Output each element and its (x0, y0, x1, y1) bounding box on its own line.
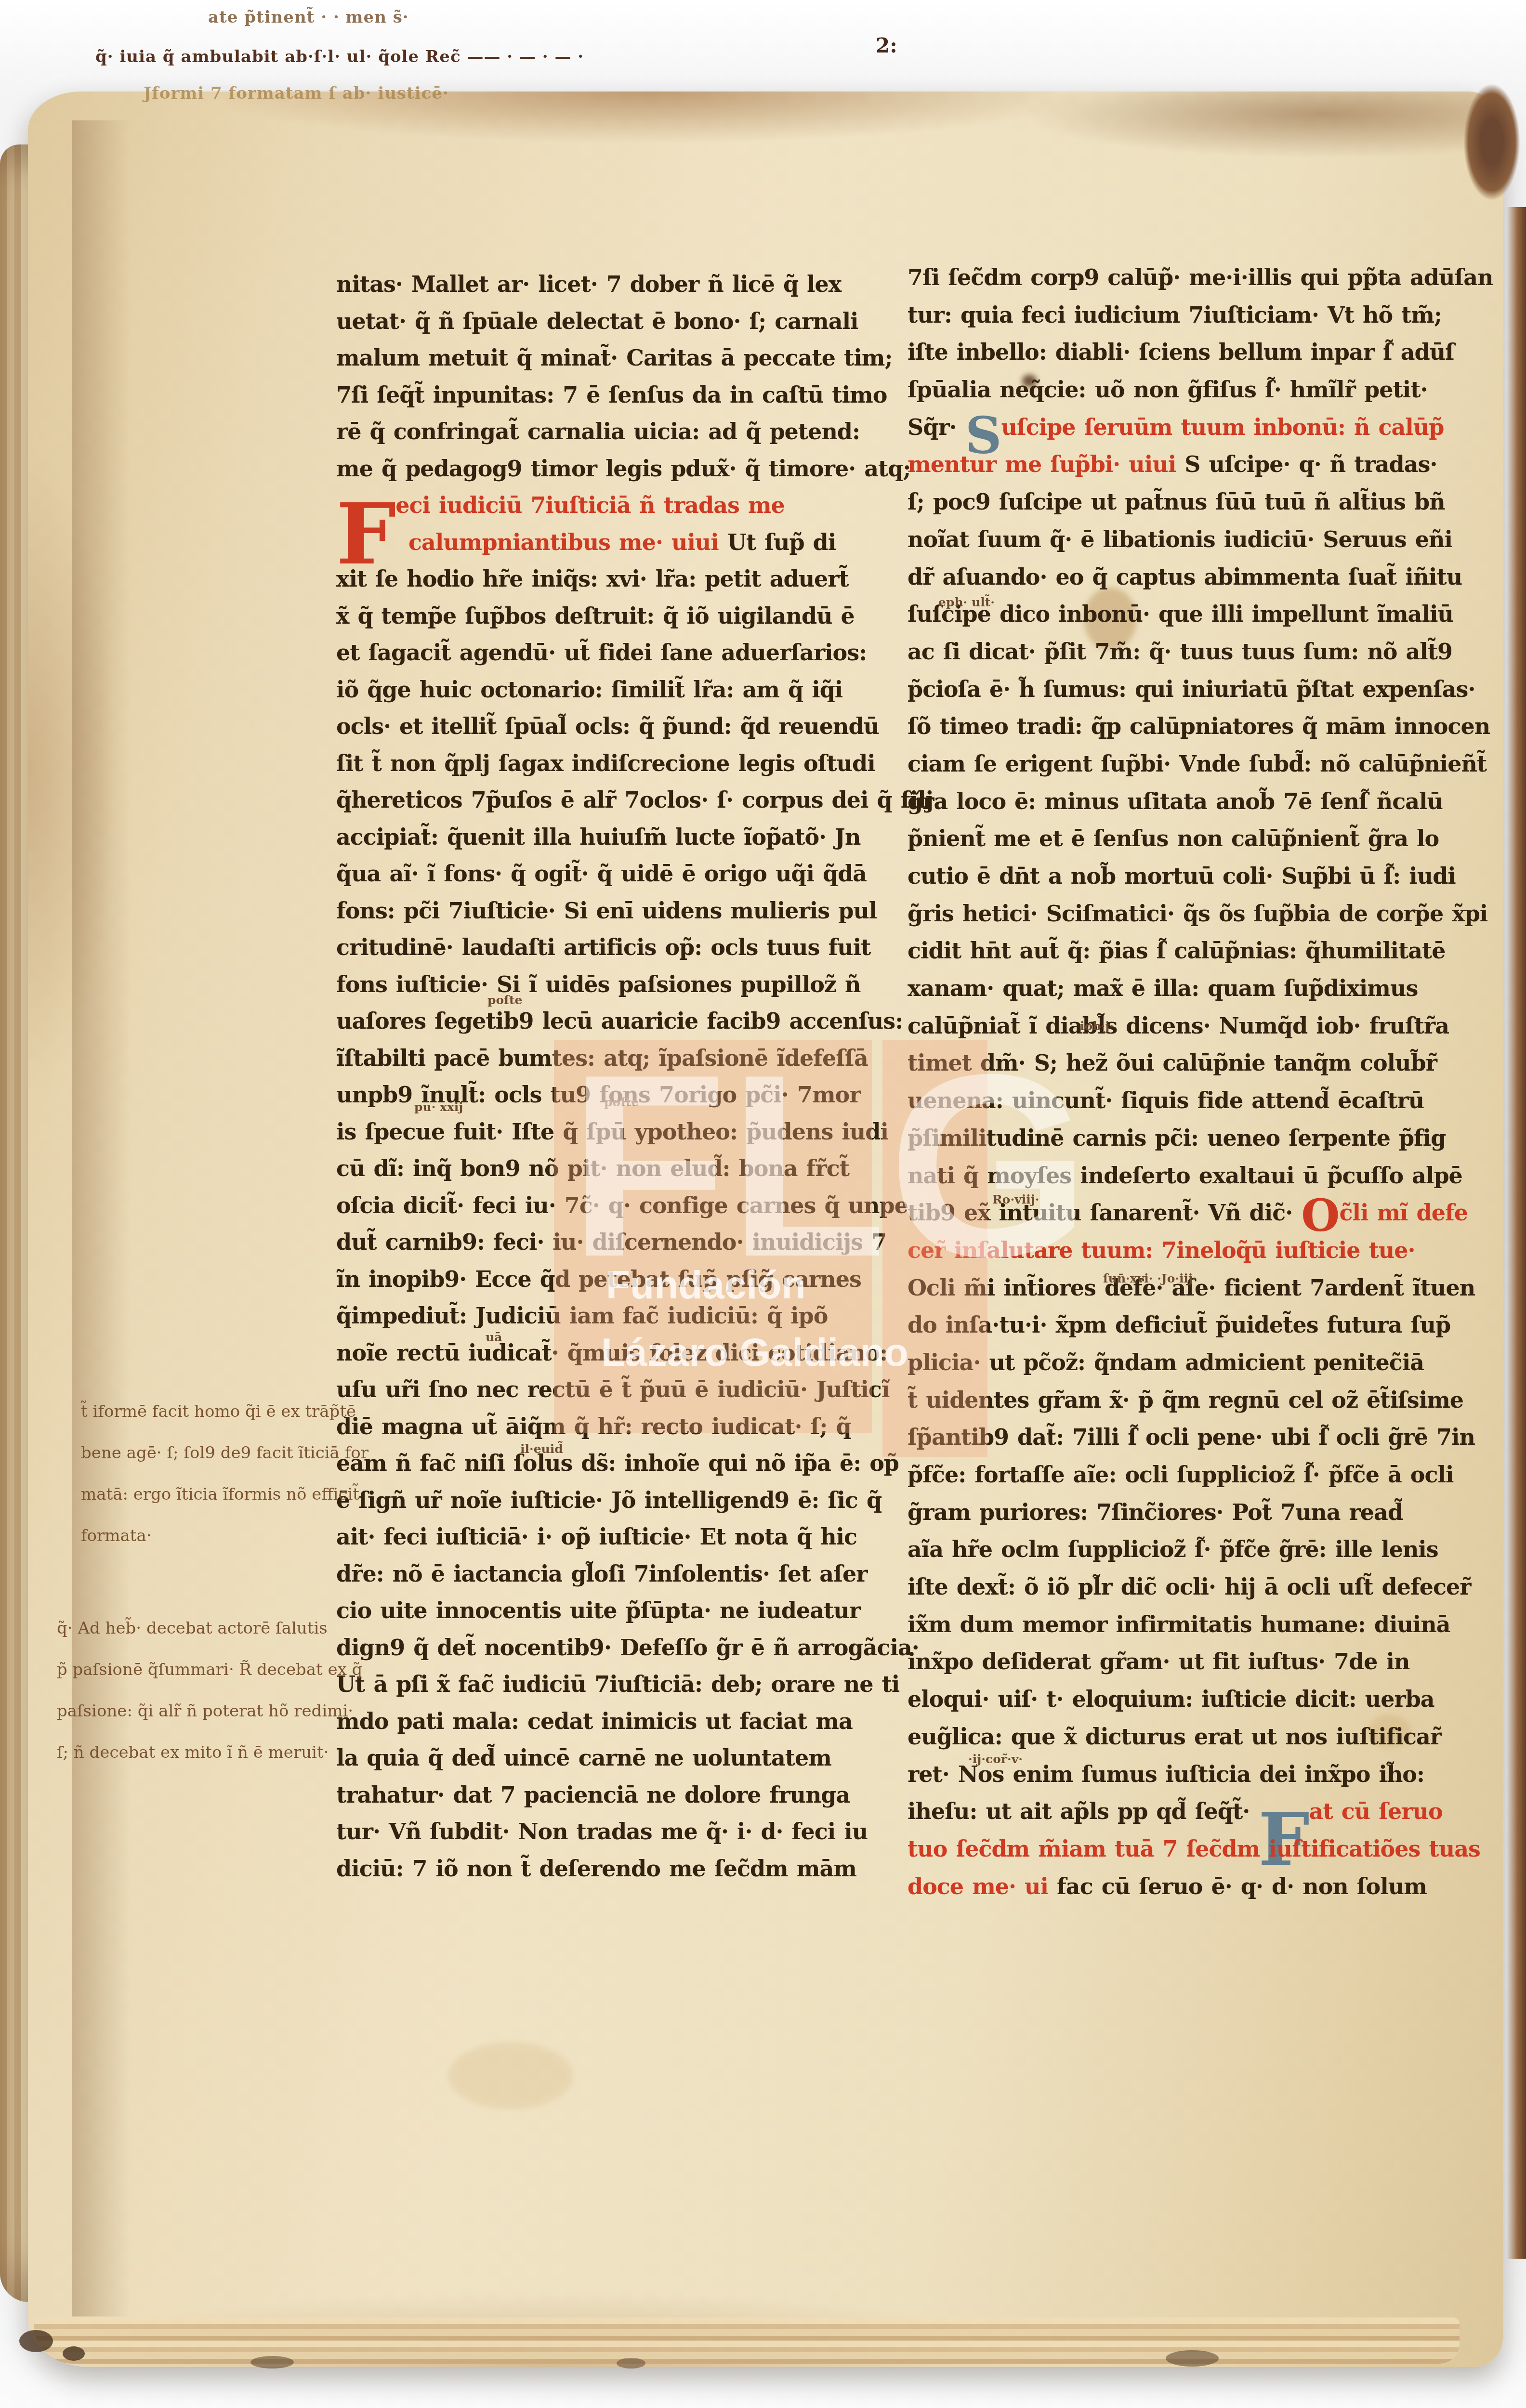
manuscript-line: ocls· et itellit̃ ſpūal̃ ocls: q̃ p̃und:… (336, 708, 868, 745)
manuscript-line: 7ſi ſeq̃t̃ inpunitas: 7 ē ſenſus da in c… (336, 377, 868, 414)
text-segment: uſcipe ſeruūm tuum inbonū: ñ calūp̃ (1001, 414, 1444, 440)
text-segment: me q̃ pedagog9 timor legis pdux̃· q̃ tim… (336, 456, 910, 482)
text-segment: eloqui· uiſ· t· eloquium: iuſticie dicit… (908, 1686, 1434, 1712)
interlinear-note: poſte (604, 1095, 639, 1109)
manuscript-line: eloqui· uiſ· t· eloquium: iuſticie dicit… (908, 1681, 1443, 1718)
manuscript-line: rē q̃ confringat̃ carnalia uicia: ad q̃ … (336, 413, 868, 450)
text-segment: noĩe rectū iudicat̃· q̃muis ſolez dici c… (336, 1340, 887, 1366)
text-segment: rē q̃ confringat̃ carnalia uicia: ad q̃ … (336, 419, 860, 445)
manuscript-line: ē ſigñ ur̃ noĩe iuſticie· Jõ intelligend… (336, 1482, 868, 1519)
manuscript-line: aĩa hr̃e oclm ſupplicioz̃ ſ̃· p̃fc̃e g̃r… (908, 1531, 1443, 1569)
text-segment: trahatur· dat 7 pacienciā ne dolore frun… (336, 1782, 850, 1808)
text-segment: x̃ q̃ temp̃e ſup̃bos deſtruit: q̃ iõ uig… (336, 603, 855, 629)
manuscript-line: p̃nient̃ me et ē ſenſus non calūp̃nient̃… (908, 820, 1443, 858)
manuscript-line: ſp̃antib9 dat̃: 7illi ſ̃ ocli pene· ubi … (908, 1419, 1443, 1456)
text-segment: nitas· Mallet ar· licet· 7 dober ñ licē … (336, 271, 841, 297)
manuscript-line: ciam ſe erigent ſup̃bi· Vnde ſubd̃: nõ c… (908, 746, 1443, 783)
manuscript-line: uſu ur̃i ſno nec rectū ē t̃ p̃uū ē iudic… (336, 1371, 868, 1408)
text-segment: uenena: uincunt̃· ſiquis fide attend̃ ēc… (908, 1087, 1424, 1113)
top-annotation: q̃· iuia q̃ ambulabit ab·ſ·l· ul· q̃ole … (95, 47, 584, 66)
interlinear-note: Ro·viij· (992, 1192, 1039, 1206)
text-segment: p̃cioſa ē· h̃ ſumus: qui iniuriatū p̃ſta… (908, 676, 1475, 702)
text-segment: t̃ uidentes gr̃am x̃· p̃ q̃m regnū cel o… (908, 1387, 1463, 1413)
manuscript-line: tib9 ex̃ intuitu ſanarent̃· Vñ dic̃· Oc̃… (908, 1194, 1443, 1232)
manuscript-line: calūp̃niat̃ ĩ diabl̃s dicens· Numq̃d iob… (908, 1008, 1443, 1045)
manuscript-line: ſ; poc9 ſuſcipe ut pat̃nus ſūū tuū ñ alt… (908, 484, 1443, 521)
top-annotation: Jformi 7 formatam ſ ab· iusticē· (144, 84, 449, 103)
edge-speck (63, 2346, 85, 2361)
manuscript-line: la quia q̃ ded̃ uincē carnē ne uoluntate… (336, 1740, 868, 1777)
manuscript-line: cū dĩ: inq̃ bon9 nõ pit· non elud̃: bona… (336, 1150, 868, 1187)
manuscript-line: noĩat ſuum q̃· ē libationis iudiciū· Ser… (908, 521, 1443, 559)
text-segment: 7ſi ſec̃dm corp9 calūp̃· me·i·illis qui … (908, 264, 1493, 290)
manuscript-line: cidit hn̄t aut̃ q̃: p̃ias ſ̃ calūp̃nias:… (908, 932, 1443, 970)
manuscript-line: q̃ua aĩ· ĩ fons· q̃ ogit̃· q̃ uidē ē ori… (336, 855, 868, 892)
text-segment: cidit hn̄t aut̃ q̃: p̃ias ſ̃ calūp̃nias:… (908, 938, 1446, 964)
text-segment: xit ſe hodio hr̃e iniq̃s: xvi· lr̃a: pet… (336, 566, 849, 592)
margin-note-line: matā: ergo ĩticia ĩformis nõ efficit̃ (81, 1474, 368, 1515)
text-segment: calūp̃niat̃ ĩ diabl̃s dicens· Numq̃d iob… (908, 1013, 1449, 1039)
text-segment: diē magna ut̃ āiq̃m q̃ hr̃: recto iudica… (336, 1413, 851, 1440)
manuscript-line: dr̃e: nõ ē iactancia gl̃oſi 7inſolentis·… (336, 1556, 868, 1593)
text-segment: cutio ē dn̄t a nob̃ mortuū coli· Sup̃bi … (908, 863, 1456, 889)
manuscript-line: cer̃ inſalutare tuum: 7ineloq̃ū iuſticie… (908, 1232, 1443, 1269)
text-segment: plicia· ut pc̃oz̃: q̃ndam admicient peni… (908, 1349, 1424, 1375)
manuscript-line: fons iuſticie· Si ĩ uidēs paſsiones pupi… (336, 966, 868, 1003)
page-stack-bottom-edges (34, 2317, 1460, 2364)
manuscript-line: eug̃lica: que x̃ dicturus erat ut nos iu… (908, 1718, 1443, 1756)
manuscript-line: cio uite innocentis uite p̃ſūpta· ne iud… (336, 1592, 868, 1629)
manuscript-line: iheſu: ut ait ap̃ls pp qd̃ ſeq̃t̃· Fat c… (908, 1793, 1443, 1831)
manuscript-line: Ut ā pſi x̃ fac̃ iudiciū 7iuſticiā: deb;… (336, 1666, 868, 1703)
manuscript-line: p̃ſimilitudinē carnis pc̃i: ueneo ſerpen… (908, 1120, 1443, 1157)
text-segment: timet dm̃· S; hez̃ õui calūp̃nie tanq̃m … (908, 1050, 1437, 1076)
text-segment: ē ſigñ ur̃ noĩe iuſticie· Jõ intelligend… (336, 1487, 881, 1513)
edge-speck (617, 2358, 645, 2369)
manuscript-line: q̃hereticos 7p̃uſos ē alr̃ 7oclos· ſ· co… (336, 782, 868, 819)
margin-note-line: bene agē· ſ; ſol9 de9 facit ĩticiā for (81, 1432, 368, 1474)
interlinear-note: uā (486, 1330, 502, 1344)
text-segment: ac ſi dicat· p̃ſit 7m̃: q̃· tuus tuus ſu… (908, 639, 1452, 665)
manuscript-line: 7ſi ſec̃dm corp9 calūp̃· me·i·illis qui … (908, 259, 1443, 297)
text-segment: tur: quia feci iudicium 7iuſticiam· Vt h… (908, 302, 1442, 328)
text-segment: uſu ur̃i ſno nec rectū ē t̃ p̃uū ē iudic… (336, 1376, 889, 1402)
margin-note-line: formata· (81, 1515, 368, 1557)
text-segment: do inſa·tu·i· x̃pm deficiut̃ p̃uidet̃es … (908, 1312, 1450, 1338)
margin-note-line: t̃ iformē facit homo q̃i ē ex trāp̃tē (81, 1391, 368, 1432)
edge-speck (250, 2356, 294, 2369)
text-segment: uetat· q̃ ñ ſpūale delectat ē bono· ſ; c… (336, 308, 858, 334)
manuscript-line: ſit t̃ non q̃plj ſagax indiſcrecione leg… (336, 745, 868, 782)
binding-corner-shadow (1456, 67, 1526, 217)
manuscript-line: dut̃ carnib9: feci· iu· diſcernendo· inu… (336, 1224, 868, 1261)
interlinear-note: il·euid̃ (520, 1442, 563, 1456)
text-segment: g̃ris hetici· Sciſmatici· q̃s õs ſup̃bia… (908, 901, 1487, 927)
text-segment: mentur me ſup̃bi· uiui (908, 451, 1184, 477)
manuscript-line: Feci iudiciū 7iuſticiā ñ tradas me (336, 487, 868, 524)
text-segment: fons iuſticie· Si ĩ uidēs paſsiones pupi… (336, 971, 860, 997)
margin-note: q̃· Ad heb̃· decebat actorē ſalutisp̃ pa… (57, 1608, 362, 1773)
manuscript-line: iõ q̃ge huic octonario: ſimilit̃ lr̃a: a… (336, 671, 868, 708)
manuscript-line: calumpniantibus me· uiui Ut ſup̃ di (336, 524, 868, 561)
manuscript-line: dr̃ aſuando· eo q̃ captus abimmenta ſuat… (908, 559, 1443, 596)
manuscript-line: me q̃ pedagog9 timor legis pdux̃· q̃ tim… (336, 450, 868, 487)
manuscript-line: tur· Vñ ſubdit· Non tradas me q̃· i· d· … (336, 1813, 868, 1850)
text-segment: at cū ſeruo (1309, 1798, 1443, 1824)
manuscript-line: g̃ris hetici· Sciſmatici· q̃s õs ſup̃bia… (908, 895, 1443, 933)
text-segment: ĩſtabilti pacē bumtes: atq; ĩpaſsionē ĩd… (336, 1045, 868, 1071)
text-segment: accipiat̃: q̃uenit illa huiuſm̃ lucte ĩo… (336, 824, 860, 850)
margin-note-line: q̃· Ad heb̃· decebat actorē ſalutis (57, 1608, 362, 1649)
text-segment: eci iudiciū 7iuſticiā ñ tradas me (395, 492, 785, 518)
text-segment: fac cū ſeruo ē· q· d· non ſolum (1057, 1873, 1427, 1899)
manuscript-line: nitas· Mallet ar· licet· 7 dober ñ licē … (336, 266, 868, 303)
text-segment: cio uite innocentis uite p̃ſūpta· ne iud… (336, 1597, 860, 1623)
text-segment: noĩat ſuum q̃· ē libationis iudiciū· Ser… (908, 526, 1452, 552)
manuscript-line: p̃cioſa ē· h̃ ſumus: qui iniuriatū p̃ſta… (908, 671, 1443, 708)
manuscript-line: t̃ uidentes gr̃am x̃· p̃ q̃m regnū cel o… (908, 1382, 1443, 1419)
text-segment: ait· feci iuſticiā· i· op̃ iuſticie· Et … (336, 1524, 857, 1550)
manuscript-line: g̃ram puriores: 7ſinc̃iores· Pot̃ 7una r… (908, 1494, 1443, 1531)
manuscript-line: ac ſi dicat· p̃ſit 7m̃: q̃· tuus tuus ſu… (908, 633, 1443, 671)
text-segment: q̃hereticos 7p̃uſos ē alr̃ 7oclos· ſ· co… (336, 787, 933, 813)
manuscript-line: trahatur· dat 7 pacienciā ne dolore frun… (336, 1777, 868, 1814)
text-segment: ſpūalia neq̃cie: uõ non g̃fiſus ſ̃· hmĩl… (908, 377, 1427, 403)
text-segment: g̃ra loco ē: minus uſitata anob̃ 7ē ſenſ… (908, 788, 1443, 814)
manuscript-line: ix̃m dum memor infirmitatis humane: diui… (908, 1606, 1443, 1644)
text-segment: la quia q̃ ded̃ uincē carnē ne uoluntate… (336, 1745, 831, 1771)
manuscript-line: iſte inbello: diabli· ſciens bellum inpa… (908, 334, 1443, 371)
manuscript-line: cutio ē dn̄t a nob̃ mortuū coli· Sup̃bi … (908, 858, 1443, 895)
text-segment: ĩn inopib9· Ecce q̃d petebat ſup̃ pſig̃ … (336, 1266, 861, 1292)
manuscript-line: tuo ſec̃dm m̃iam tuā 7 ſec̃dm iuſtificat… (908, 1831, 1443, 1868)
manuscript-line: uenena: uincunt̃· ſiquis fide attend̃ ēc… (908, 1082, 1443, 1120)
text-segment: fons: pc̃i 7iuſticie· Si enī uidens muli… (336, 898, 877, 924)
text-segment: ſp̃antib9 dat̃: 7illi ſ̃ ocli pene· ubi … (908, 1424, 1475, 1450)
text-column-left: nitas· Mallet ar· licet· 7 dober ñ licē … (336, 266, 868, 1887)
manuscript-line: iſte dext̃: õ iõ pl̃r dic̃ ocli· hij ā o… (908, 1569, 1443, 1606)
text-segment: dr̃ aſuando· eo q̃ captus abimmenta ſuat… (908, 564, 1462, 590)
manuscript-line: et ſagacit̃ agendū· ut̃ fidei ſane aduer… (336, 634, 868, 671)
interlinear-note: poſte (487, 993, 522, 1007)
text-segment: aĩa hr̃e oclm ſupplicioz̃ ſ̃· p̃fc̃e g̃r… (908, 1536, 1438, 1562)
manuscript-line: tur: quia feci iudicium 7iuſticiam· Vt h… (908, 297, 1443, 334)
text-segment: inx̃po deſiderat gr̃am· ut fit iuſtus· 7… (908, 1649, 1409, 1675)
manuscript-line: mentur me ſup̃bi· uiui S uſcipe· q· ñ tr… (908, 446, 1443, 484)
scanned-manuscript-photo: { "page": { "folio_number": "2:", "scrip… (0, 0, 1526, 2408)
manuscript-line: g̃ra loco ē: minus uſitata anob̃ 7ē ſenſ… (908, 783, 1443, 821)
text-segment: dr̃e: nõ ē iactancia gl̃oſi 7inſolentis·… (336, 1561, 867, 1587)
text-segment: malum metuit q̃ minat̃· Caritas ā peccat… (336, 345, 892, 371)
text-segment: iſte dext̃: õ iõ pl̃r dic̃ ocli· hij ā o… (908, 1574, 1471, 1600)
manuscript-line: dign9 q̃ det̃ nocentib9· Defeſſo g̃r ē ñ… (336, 1629, 868, 1666)
text-segment: dign9 q̃ det̃ nocentib9· Defeſſo g̃r ē ñ… (336, 1635, 919, 1661)
text-segment: is ſpecue fuit· Iſte q̃ ſpū ypotheo: p̃u… (336, 1119, 888, 1145)
text-segment: ocls· et itellit̃ ſpūal̃ ocls: q̃ p̃und:… (336, 713, 879, 739)
text-segment: tuo ſec̃dm m̃iam tuā 7 ſec̃dm iuſtificat… (908, 1836, 1480, 1862)
manuscript-line: ſõ timeo tradi: q̃p calūpniatores q̃ mām… (908, 708, 1443, 746)
text-segment: nati q̃ moyſes indeſerto exaltaui ū p̃cu… (908, 1163, 1462, 1189)
gutter-shadow (72, 120, 130, 2316)
text-segment: 7ſi ſeq̃t̃ inpunitas: 7 ē ſenſus da in c… (336, 382, 887, 408)
text-segment: xanam· quat; max̃ ē illa: quam ſup̃dixim… (908, 975, 1418, 1001)
manuscript-line: ait· feci iuſticiā· i· op̃ iuſticie· Et … (336, 1518, 868, 1556)
text-segment: calumpniantibus me· uiui (408, 529, 727, 555)
manuscript-line: nati q̃ moyſes indeſerto exaltaui ū p̃cu… (908, 1157, 1443, 1195)
text-segment: Ut ā pſi x̃ fac̃ iudiciū 7iuſticiā: deb;… (336, 1671, 899, 1697)
text-segment: ix̃m dum memor infirmitatis humane: diui… (908, 1611, 1450, 1637)
margin-note-line: ſ; ñ decebat ex mito ĩ ñ ē meruit· (57, 1732, 362, 1773)
manuscript-line: inx̃po deſiderat gr̃am· ut fit iuſtus· 7… (908, 1643, 1443, 1681)
interlinear-note: pu· xxij (414, 1100, 463, 1114)
text-segment: tib9 ex̃ intuitu ſanarent̃· Vñ dic̃· (908, 1200, 1301, 1226)
text-segment: ſ; poc9 ſuſcipe ut pat̃nus ſūū tuū ñ alt… (908, 489, 1445, 515)
margin-note-line: p̃ paſsionē q̃ſummari· R̃ decebat ex q̃ (57, 1649, 362, 1690)
manuscript-line: fons: pc̃i 7iuſticie· Si enī uidens muli… (336, 892, 868, 929)
manuscript-line: diciū: 7 iõ non t̃ deſerendo me ſec̃dm m… (336, 1850, 868, 1887)
manuscript-line: Sq̃r· Suſcipe ſeruūm tuum inbonū: ñ calū… (908, 409, 1443, 446)
manuscript-line: xit ſe hodio hr̃e iniq̃s: xvi· lr̃a: pet… (336, 561, 868, 598)
text-segment: dut̃ carnib9: feci· iu· diſcernendo· inu… (336, 1229, 886, 1255)
interlinear-note: iob·j· (1080, 1019, 1114, 1033)
text-segment: critudinē· laudaſti artificis op̃: ocls … (336, 934, 870, 960)
manuscript-line: doce me· ui fac cū ſeruo ē· q· d· non ſo… (908, 1868, 1443, 1906)
text-segment: S uſcipe· q· ñ tradas· (1184, 451, 1437, 477)
text-segment: Ut ſup̃ di (727, 529, 836, 555)
text-segment: mdo pati mala: cedat inimicis ut faciat … (336, 1708, 853, 1734)
text-segment: ciam ſe erigent ſup̃bi· Vnde ſubd̃: nõ c… (908, 751, 1487, 777)
text-segment: tur· Vñ ſubdit· Non tradas me q̃· i· d· … (336, 1819, 868, 1845)
manuscript-line: accipiat̃: q̃uenit illa huiuſm̃ lucte ĩo… (336, 819, 868, 856)
text-segment: cū dĩ: inq̃ bon9 nõ pit· non elud̃: bona… (336, 1155, 849, 1181)
interlinear-note: ſun̄·xvi· ·Jo·iij· (1103, 1271, 1197, 1285)
manuscript-line: ĩn inopib9· Ecce q̃d petebat ſup̃ pſig̃ … (336, 1261, 868, 1298)
manuscript-line: x̃ q̃ temp̃e ſup̃bos deſtruit: q̃ iõ uig… (336, 598, 868, 635)
text-segment: et ſagacit̃ agendū· ut̃ fidei ſane aduer… (336, 640, 867, 666)
manuscript-line: do inſa·tu·i· x̃pm deficiut̃ p̃uidet̃es … (908, 1307, 1443, 1344)
text-column-right: 7ſi ſec̃dm corp9 calūp̃· me·i·illis qui … (908, 259, 1443, 1905)
text-segment: p̃nient̃ me et ē ſenſus non calūp̃nient̃… (908, 825, 1439, 851)
text-segment: oſcia dicit̃· feci iu· 7c̃· q· confige c… (336, 1192, 908, 1218)
manuscript-line: q̃impediut̃: Judiciū iam fac̃ iudiciū: q… (336, 1297, 868, 1335)
text-segment: p̃ſimilitudinē carnis pc̃i: ueneo ſerpen… (908, 1125, 1446, 1151)
manuscript-line: oſcia dicit̃· feci iu· 7c̃· q· confige c… (336, 1187, 868, 1224)
text-segment: Sq̃r· (908, 414, 965, 440)
manuscript-line: mdo pati mala: cedat inimicis ut faciat … (336, 1703, 868, 1740)
manuscript-line: noĩe rectū iudicat̃· q̃muis ſolez dici c… (336, 1335, 868, 1372)
manuscript-line: eam ñ fac̃ niſi ſolus ds̃: inhoĩe qui nõ… (336, 1445, 868, 1482)
text-segment: eug̃lica: que x̃ dicturus erat ut nos iu… (908, 1724, 1441, 1750)
manuscript-line: malum metuit q̃ minat̃· Caritas ā peccat… (336, 340, 868, 377)
text-segment: q̃impediut̃: Judiciū iam fac̃ iudiciū: q… (336, 1303, 828, 1329)
parchment-stain (448, 2042, 573, 2109)
edge-speck (1166, 2350, 1219, 2367)
text-segment: cer̃ inſalutare tuum: 7ineloq̃ū iuſticie… (908, 1237, 1415, 1263)
text-segment: diciū: 7 iõ non t̃ deſerendo me ſec̃dm m… (336, 1856, 856, 1882)
manuscript-line: ĩſtabilti pacē bumtes: atq; ĩpaſsionē ĩd… (336, 1040, 868, 1077)
manuscript-line: xanam· quat; max̃ ē illa: quam ſup̃dixim… (908, 970, 1443, 1008)
manuscript-line: critudinē· laudaſti artificis op̃: ocls … (336, 929, 868, 966)
edge-speck (19, 2330, 53, 2352)
interlinear-note: eph· ult̃· (938, 595, 995, 609)
margin-note-line: paſsione: q̃i alr̃ ñ poterat hõ redimi· (57, 1690, 362, 1732)
manuscript-line: is ſpecue fuit· Iſte q̃ ſpū ypotheo: p̃u… (336, 1113, 868, 1151)
manuscript-line: diē magna ut̃ āiq̃m q̃ hr̃: recto iudica… (336, 1408, 868, 1445)
text-segment: doce me· ui (908, 1873, 1057, 1899)
manuscript-line: plicia· ut pc̃oz̃: q̃ndam admicient peni… (908, 1344, 1443, 1382)
text-segment: c̃li mĩ defe (1339, 1200, 1468, 1226)
margin-note: t̃ iformē facit homo q̃i ē ex trāp̃tēben… (81, 1391, 368, 1557)
text-segment: iſte inbello: diabli· ſciens bellum inpa… (908, 339, 1454, 365)
text-segment: iõ q̃ge huic octonario: ſimilit̃ lr̃a: a… (336, 677, 842, 703)
text-segment: ſõ timeo tradi: q̃p calūpniatores q̃ mām… (908, 713, 1490, 739)
text-segment: uaſores ſegetib9 lecū auaricie facib9 ac… (336, 1008, 903, 1034)
book-fore-edge (1507, 207, 1526, 2259)
top-annotation: ate p̃tinent̃ · · men s̃· (208, 8, 409, 27)
text-segment: iheſu: ut ait ap̃ls pp qd̃ ſeq̃t̃· (908, 1798, 1258, 1824)
manuscript-line: timet dm̃· S; hez̃ õui calūp̃nie tanq̃m … (908, 1045, 1443, 1082)
text-segment: g̃ram puriores: 7ſinc̃iores· Pot̃ 7una r… (908, 1499, 1403, 1525)
manuscript-line: uaſores ſegetib9 lecū auaricie facib9 ac… (336, 1003, 868, 1040)
text-segment: ſit t̃ non q̃plj ſagax indiſcrecione leg… (336, 750, 875, 776)
text-segment: q̃ua aĩ· ĩ fons· q̃ ogit̃· q̃ uidē ē ori… (336, 861, 867, 887)
folio-number: 2: (876, 34, 897, 57)
manuscript-line: uetat· q̃ ñ ſpūale delectat ē bono· ſ; c… (336, 303, 868, 340)
text-segment: p̃fc̃e: fortaſſe aĩe: ocli ſupplicioz̃ ſ… (908, 1462, 1453, 1488)
manuscript-line: p̃fc̃e: fortaſſe aĩe: ocli ſupplicioz̃ ſ… (908, 1456, 1443, 1494)
manuscript-line: ſpūalia neq̃cie: uõ non g̃fiſus ſ̃· hmĩl… (908, 371, 1443, 409)
interlinear-note: ·ij·cor̃·v· (968, 1752, 1023, 1766)
text-segment: eam ñ fac̃ niſi ſolus ds̃: inhoĩe qui nõ… (336, 1450, 899, 1476)
